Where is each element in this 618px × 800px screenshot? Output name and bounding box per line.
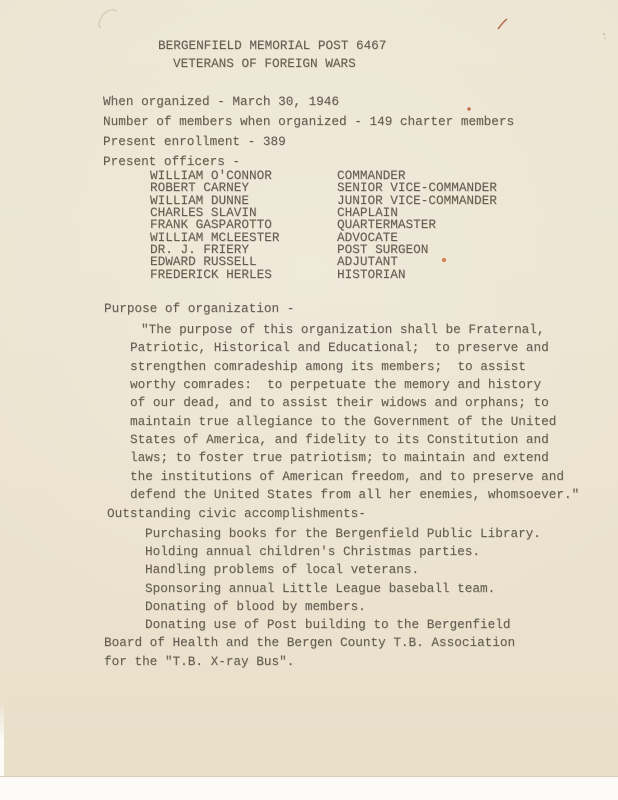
purpose-line: of our dead, and to assist their widows … <box>130 396 549 409</box>
red-speck <box>467 107 470 110</box>
meta-present-officers: Present officers - <box>103 155 240 168</box>
meta-charter-members: Number of members when organized - 149 c… <box>103 115 514 128</box>
purpose-line: strengthen comradeship among its members… <box>130 360 526 373</box>
purpose-heading: Purpose of organization - <box>104 302 294 315</box>
red-scratch-mark <box>498 19 507 29</box>
gray-speck <box>604 37 606 39</box>
closing-line: for the "T.B. X-ray Bus". <box>104 655 294 668</box>
purpose-line: States of America, and fidelity to its C… <box>130 433 549 446</box>
accomplishment-line: Purchasing books for the Bergenfield Pub… <box>145 527 541 540</box>
hair-scratch-mark <box>99 10 117 28</box>
closing-line: Board of Health and the Bergen County T.… <box>104 636 515 649</box>
accomplishment-line: Donating of blood by members. <box>145 600 366 613</box>
purpose-line: the institutions of American freedom, an… <box>130 470 564 483</box>
scan-background <box>0 777 618 800</box>
officer-name: FREDERICK HERLES <box>150 268 272 281</box>
scan-edge-sliver <box>0 700 4 776</box>
purpose-line: Patriotic, Historical and Educational; t… <box>130 341 549 354</box>
purpose-line: worthy comrades: to perpetuate the memor… <box>130 378 541 391</box>
scanned-document: BERGENFIELD MEMORIAL POST 6467 VETERANS … <box>0 0 618 800</box>
accomplishments-heading: Outstanding civic accomplishments- <box>107 507 366 520</box>
purpose-line: laws; to foster true patriotism; to main… <box>130 451 549 464</box>
doc-title-line2: VETERANS OF FOREIGN WARS <box>173 57 356 70</box>
doc-title-line1: BERGENFIELD MEMORIAL POST 6467 <box>158 39 386 52</box>
purpose-line: maintain true allegiance to the Governme… <box>130 415 556 428</box>
meta-enrollment: Present enrollment - 389 <box>103 135 286 148</box>
officer-title: HISTORIAN <box>337 268 406 281</box>
accomplishment-line: Sponsoring annual Little League baseball… <box>145 582 495 595</box>
document-page: BERGENFIELD MEMORIAL POST 6467 VETERANS … <box>0 0 618 777</box>
accomplishment-line: Donating use of Post building to the Ber… <box>145 618 510 631</box>
purpose-line: defend the United States from all her en… <box>130 488 579 501</box>
meta-when-organized: When organized - March 30, 1946 <box>103 95 339 108</box>
orange-speck <box>442 258 446 262</box>
purpose-line: "The purpose of this organization shall … <box>141 323 545 336</box>
accomplishment-line: Handling problems of local veterans. <box>145 563 419 576</box>
gray-speck <box>603 33 605 35</box>
accomplishment-line: Holding annual children's Christmas part… <box>145 545 480 558</box>
